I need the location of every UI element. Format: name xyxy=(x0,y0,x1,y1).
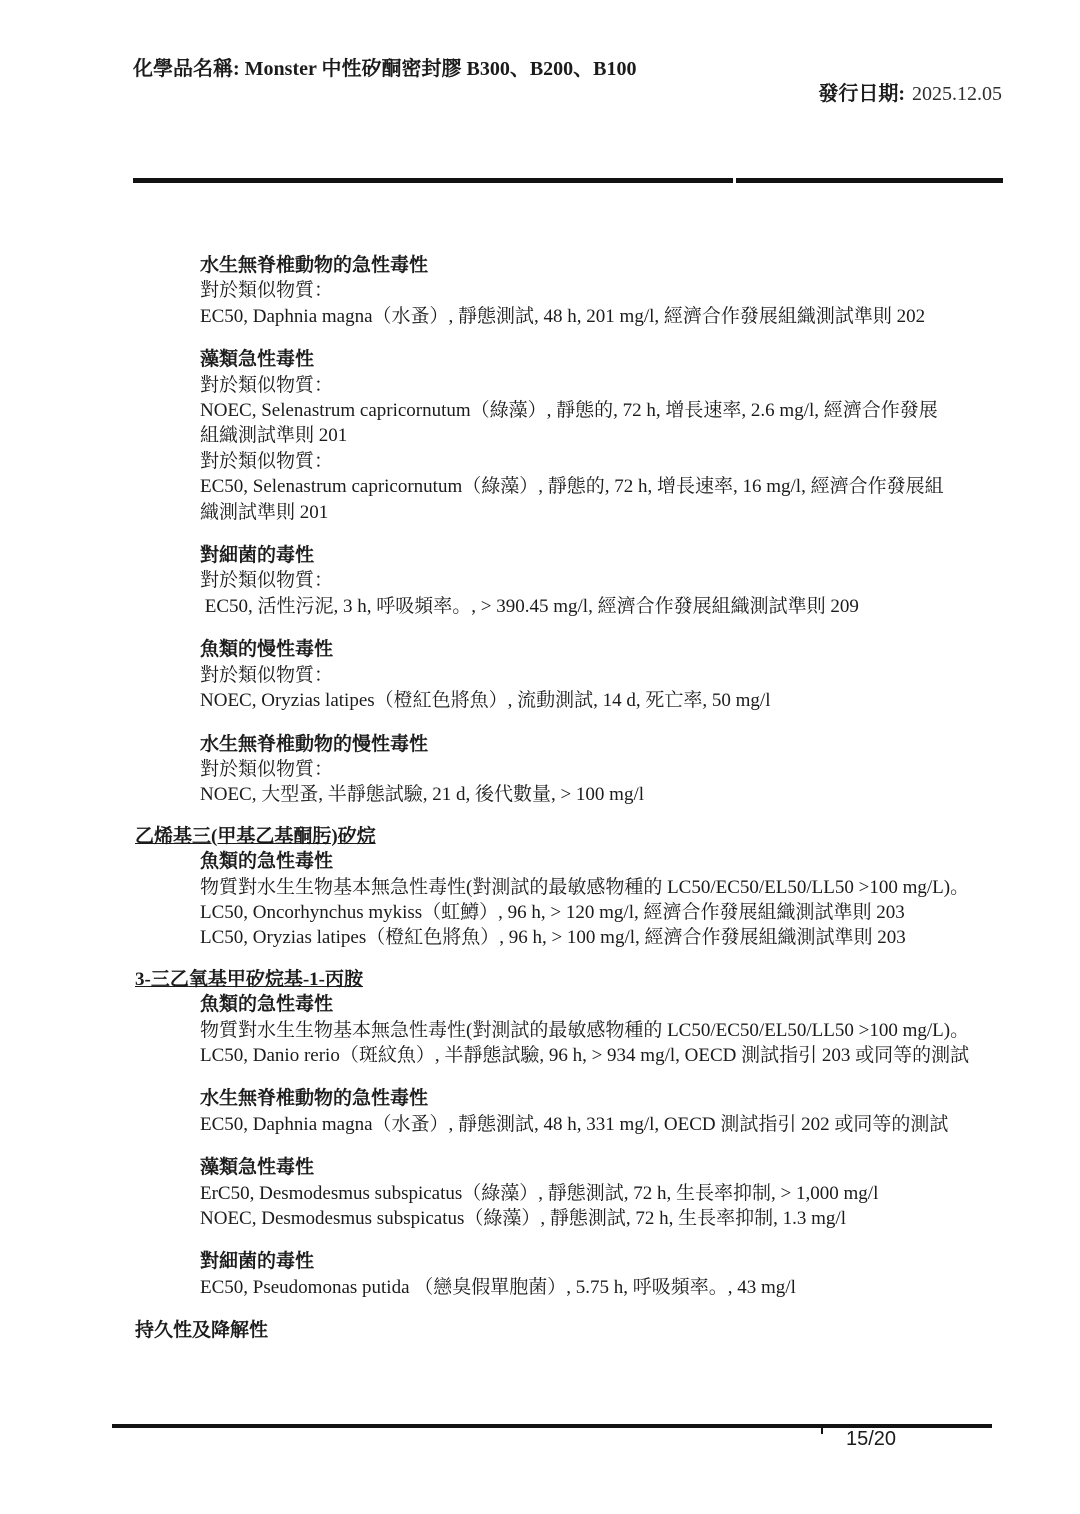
section-line: EC50, 活性污泥, 3 h, 呼吸頻率。, > 390.45 mg/l, 經… xyxy=(200,594,1080,619)
toxicity-section: 魚類的慢性毒性對於類似物質：NOEC, Oryzias latipes（橙紅色將… xyxy=(200,637,1080,713)
page-number: 15/20 xyxy=(846,1428,896,1451)
section-line: NOEC, 大型蚤, 半靜態試驗, 21 d, 後代數量, > 100 mg/l xyxy=(200,782,1080,807)
header-rule-right-segment xyxy=(736,178,1003,183)
section-line: NOEC, Oryzias latipes（橙紅色將魚）, 流動測試, 14 d… xyxy=(200,688,1080,713)
section-line: 對於類似物質： xyxy=(200,568,1080,593)
page-header: 化學品名稱: Monster 中性矽酮密封膠 B300、B200、B100 發行… xyxy=(0,0,1080,132)
section-line: EC50, Selenastrum capricornutum（綠藻）, 靜態的… xyxy=(200,474,1080,499)
section-line: NOEC, Desmodesmus subspicatus（綠藻）, 靜態測試,… xyxy=(200,1206,1080,1231)
toxicity-section: 水生無脊椎動物的慢性毒性對於類似物質：NOEC, 大型蚤, 半靜態試驗, 21 … xyxy=(200,732,1080,808)
root-heading: 持久性及降解性 xyxy=(135,1318,1080,1343)
section-line: 對於類似物質： xyxy=(200,757,1080,782)
section-line: NOEC, Selenastrum capricornutum（綠藻）, 靜態的… xyxy=(200,398,1080,423)
section-line: 對於類似物質： xyxy=(200,663,1080,688)
issue-date: 發行日期:2025.12.05 xyxy=(788,57,1002,132)
issue-date-value: 2025.12.05 xyxy=(912,83,1002,105)
toxicity-section: 對細菌的毒性對於類似物質： EC50, 活性污泥, 3 h, 呼吸頻率。, > … xyxy=(200,543,1080,619)
section-line: ErC50, Desmodesmus subspicatus（綠藻）, 靜態測試… xyxy=(200,1181,1080,1206)
document-body: 水生無脊椎動物的急性毒性對於類似物質：EC50, Daphnia magna（水… xyxy=(200,253,1080,1344)
toxicity-section: 水生無脊椎動物的急性毒性對於類似物質：EC50, Daphnia magna（水… xyxy=(200,253,1080,329)
section-line: 對於類似物質： xyxy=(200,449,1080,474)
sds-page: 化學品名稱: Monster 中性矽酮密封膠 B300、B200、B100 發行… xyxy=(0,0,1080,1514)
section-heading: 魚類的急性毒性 xyxy=(200,992,1080,1017)
chemical-name: 化學品名稱: Monster 中性矽酮密封膠 B300、B200、B100 xyxy=(133,57,637,82)
section-heading: 對細菌的毒性 xyxy=(200,543,1080,568)
section-line: LC50, Oncorhynchus mykiss（虹鱒）, 96 h, > 1… xyxy=(200,900,1080,925)
section-heading: 水生無脊椎動物的慢性毒性 xyxy=(200,732,1080,757)
section-heading: 藻類急性毒性 xyxy=(200,347,1080,372)
toxicity-section: 藻類急性毒性對於類似物質：NOEC, Selenastrum capricorn… xyxy=(200,347,1080,525)
section-line: LC50, Oryzias latipes（橙紅色將魚）, 96 h, > 10… xyxy=(200,925,1080,950)
section-line: 對於類似物質： xyxy=(200,278,1080,303)
section-heading: 藻類急性毒性 xyxy=(200,1155,1080,1180)
issue-date-label: 發行日期: xyxy=(818,83,905,105)
section-line: LC50, Danio rerio（斑紋魚）, 半靜態試驗, 96 h, > 9… xyxy=(200,1043,1080,1068)
section-heading: 對細菌的毒性 xyxy=(200,1249,1080,1274)
compound-heading: 3-三乙氧基甲矽烷基-1-丙胺 xyxy=(135,967,1080,992)
header-rule-left-segment xyxy=(133,178,733,183)
header-rule xyxy=(133,178,1003,183)
toxicity-section: 魚類的急性毒性物質對水生生物基本無急性毒性(對測試的最敏感物種的 LC50/EC… xyxy=(200,992,1080,1068)
section-heading: 水生無脊椎動物的急性毒性 xyxy=(200,1086,1080,1111)
section-line: 織測試準則 201 xyxy=(200,500,1080,525)
compound-heading: 乙烯基三(甲基乙基酮肟)矽烷 xyxy=(135,824,1080,849)
section-line: EC50, Pseudomonas putida （戀臭假單胞菌）, 5.75 … xyxy=(200,1275,1080,1300)
toxicity-section: 魚類的急性毒性物質對水生生物基本無急性毒性(對測試的最敏感物種的 LC50/EC… xyxy=(200,849,1080,951)
section-line: 組織測試準則 201 xyxy=(200,423,1080,448)
toxicity-section: 水生無脊椎動物的急性毒性EC50, Daphnia magna（水蚤）, 靜態測… xyxy=(200,1086,1080,1137)
section-heading: 魚類的慢性毒性 xyxy=(200,637,1080,662)
footer-rule-tick xyxy=(821,1424,823,1434)
section-line: EC50, Daphnia magna（水蚤）, 靜態測試, 48 h, 201… xyxy=(200,304,1080,329)
section-line: EC50, Daphnia magna（水蚤）, 靜態測試, 48 h, 331… xyxy=(200,1112,1080,1137)
section-line: 對於類似物質： xyxy=(200,373,1080,398)
section-line: 物質對水生生物基本無急性毒性(對測試的最敏感物種的 LC50/EC50/EL50… xyxy=(200,1018,1080,1043)
section-heading: 水生無脊椎動物的急性毒性 xyxy=(200,253,1080,278)
section-heading: 魚類的急性毒性 xyxy=(200,849,1080,874)
toxicity-section: 藻類急性毒性ErC50, Desmodesmus subspicatus（綠藻）… xyxy=(200,1155,1080,1231)
section-line: 物質對水生生物基本無急性毒性(對測試的最敏感物種的 LC50/EC50/EL50… xyxy=(200,875,1080,900)
toxicity-section: 對細菌的毒性EC50, Pseudomonas putida （戀臭假單胞菌）,… xyxy=(200,1249,1080,1300)
